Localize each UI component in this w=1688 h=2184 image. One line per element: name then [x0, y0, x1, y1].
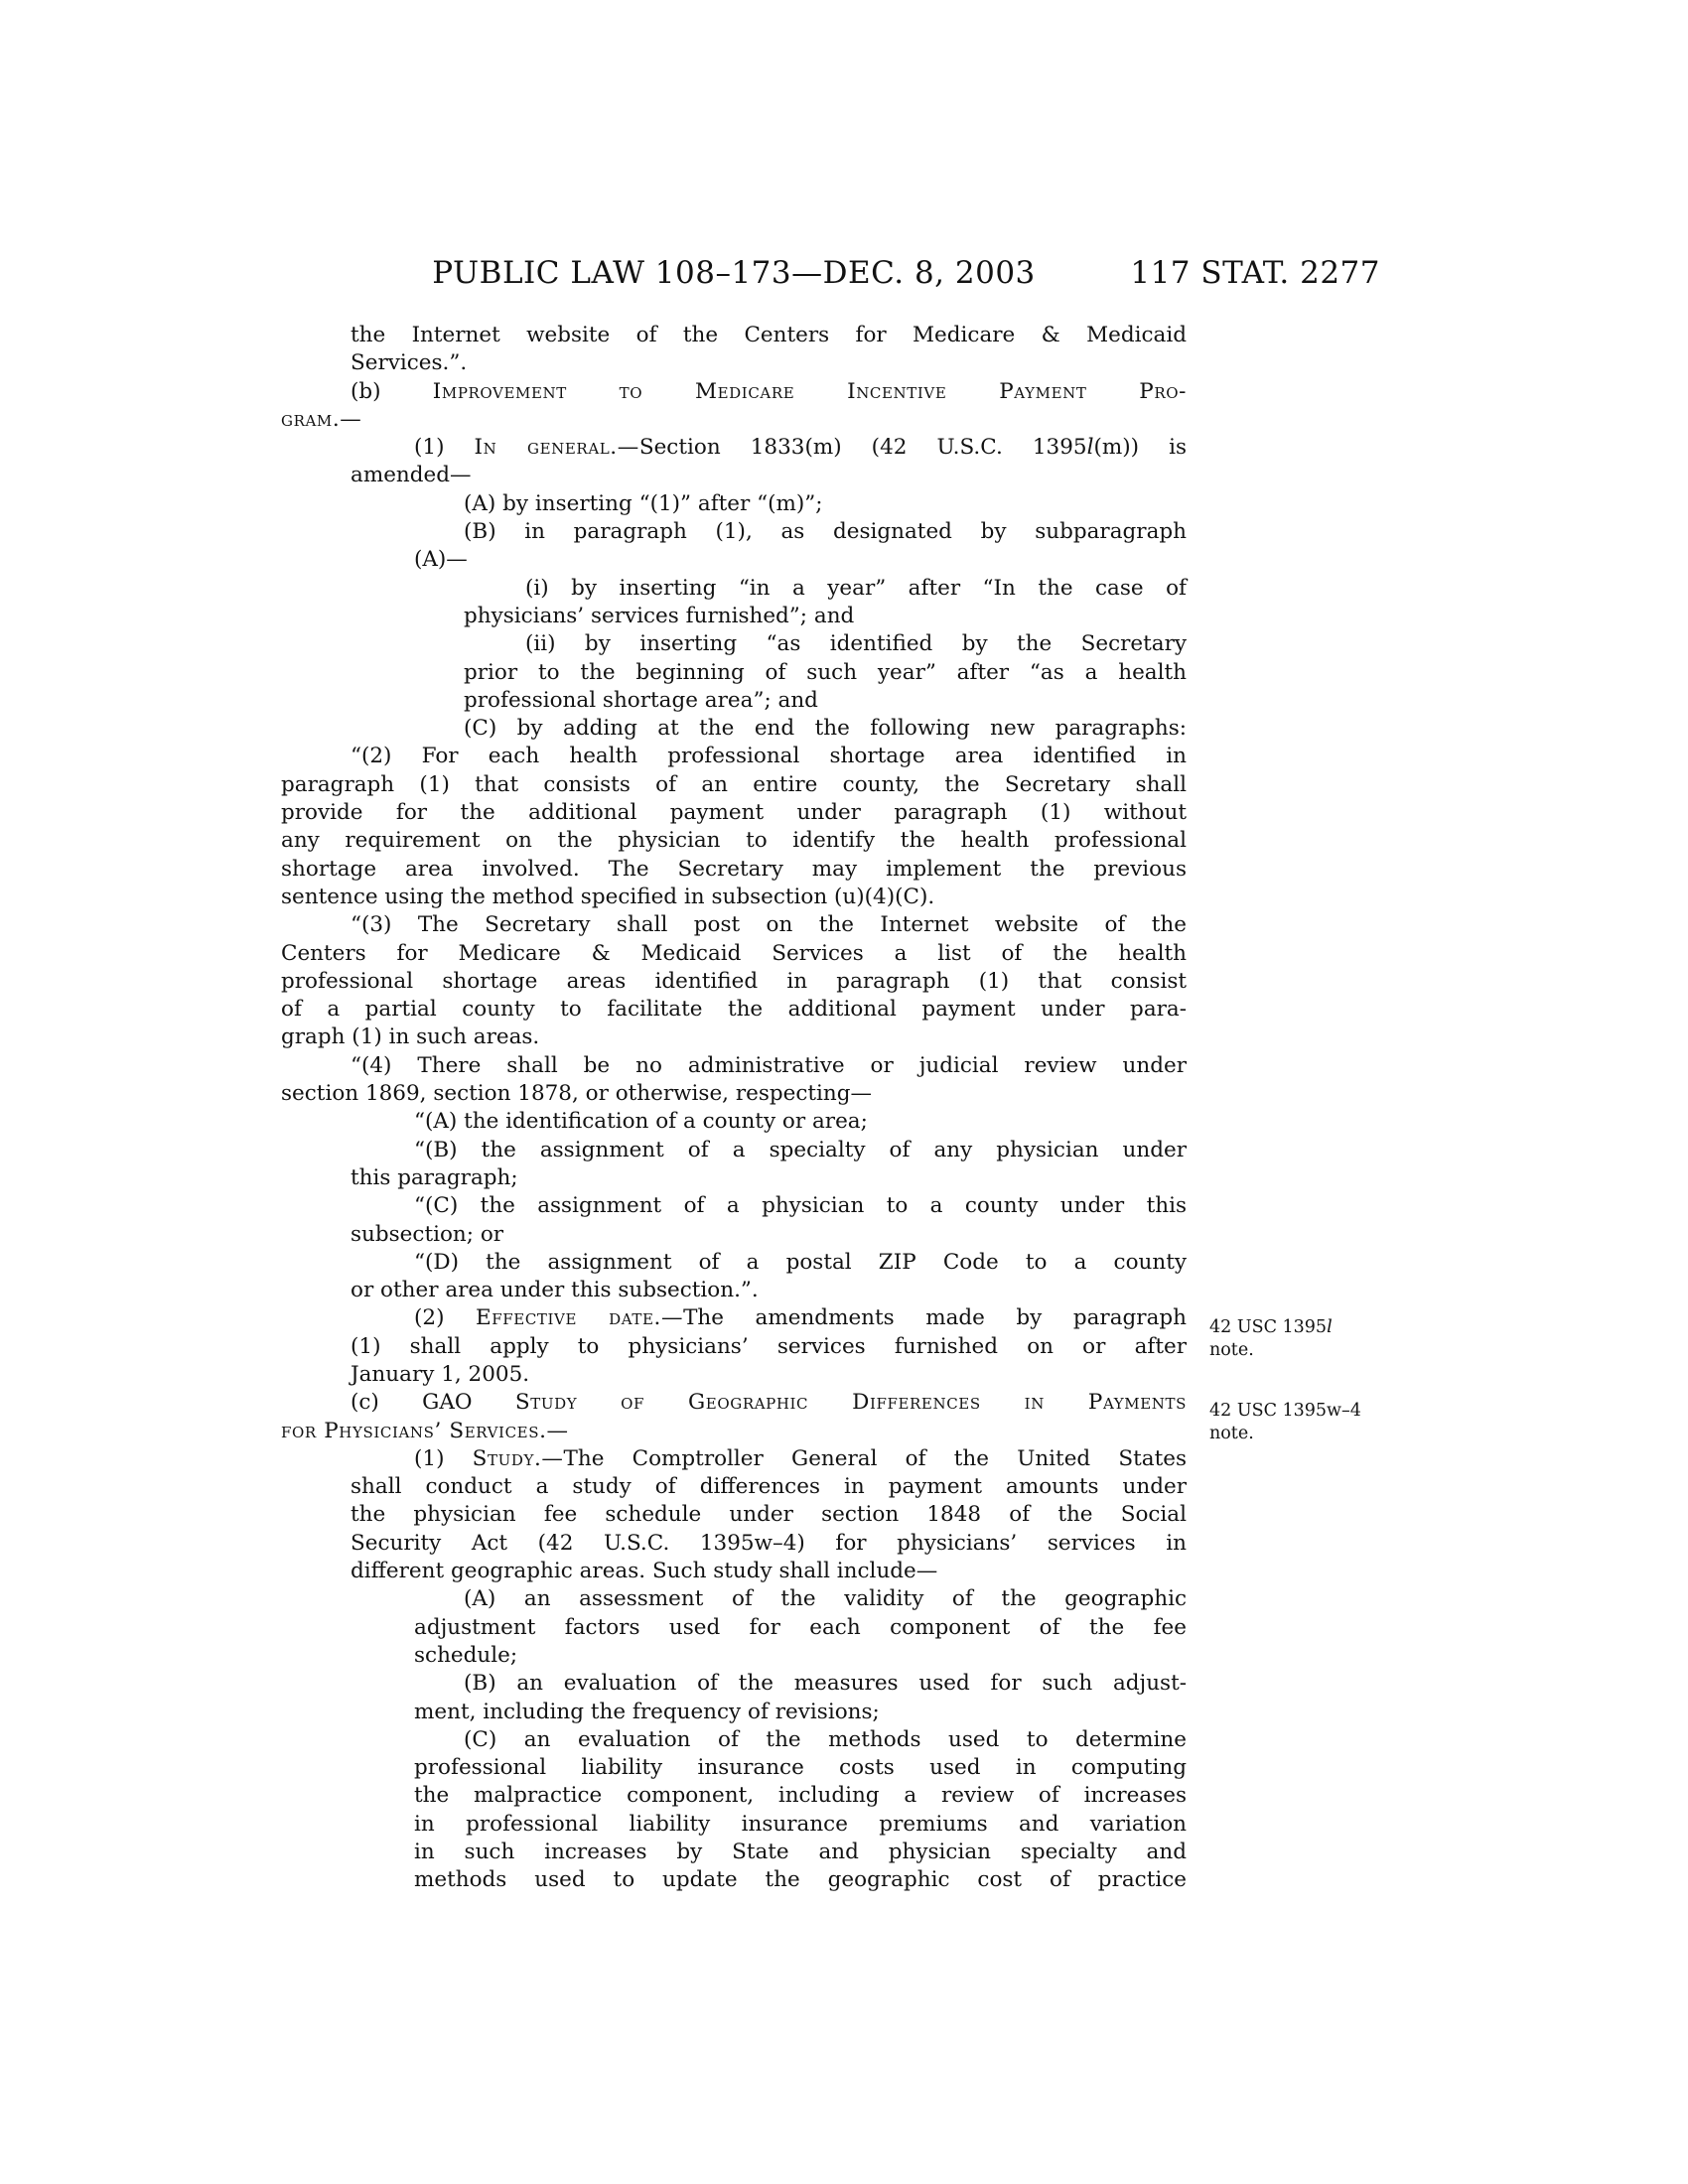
body-line: (A)—: [281, 546, 1187, 574]
body-line: shortage area involved. The Secretary ma…: [281, 856, 1187, 884]
body-text-run: (b): [351, 379, 433, 404]
small-caps-text: gram.—: [281, 407, 361, 432]
body-text-run: 42 USC 1395w–4: [1209, 1401, 1361, 1421]
body-text-run: note.: [1209, 1424, 1254, 1443]
body-text-run: “(C) the assignment of a physician to a …: [414, 1193, 1187, 1218]
body-line: graph (1) in such areas.: [281, 1024, 1187, 1051]
body-text-run: The amendments made by paragraph: [683, 1305, 1187, 1330]
body-text-run: the malpractice component, including a r…: [414, 1783, 1187, 1808]
margin-note-line: note.: [1209, 1339, 1388, 1362]
body-text-run: the Internet website of the Centers for …: [351, 323, 1187, 347]
body-text-run: note.: [1209, 1340, 1254, 1360]
body-line: (1) shall apply to physicians’ services …: [281, 1333, 1187, 1361]
statute-page: PUBLIC LAW 108–173—DEC. 8, 2003 117 STAT…: [0, 0, 1688, 2184]
body-line: of a partial county to facilitate the ad…: [281, 996, 1187, 1024]
body-text-run: methods used to update the geographic co…: [414, 1867, 1187, 1892]
body-text-run: amended—: [351, 463, 472, 487]
body-text-run: (1): [414, 435, 475, 460]
body-text-run: “(B) the assignment of a specialty of an…: [414, 1138, 1187, 1162]
body-line: gram.—: [281, 406, 1187, 434]
body-line: professional shortage areas identified i…: [281, 968, 1187, 996]
body-text-run: (1): [414, 1446, 473, 1471]
body-text-run: physicians’ services furnished”; and: [464, 604, 854, 628]
body-text-run: “(A) the identification of a county or a…: [414, 1109, 868, 1134]
margin-note: 42 USC 1395lnote.: [1209, 1316, 1388, 1362]
body-text-run: Services.”.: [351, 350, 467, 375]
body-text-run: paragraph (1) that consists of an entire…: [281, 772, 1187, 797]
body-line: amended—: [281, 462, 1187, 489]
body-line: methods used to update the geographic co…: [281, 1866, 1187, 1894]
body-line: ment, including the frequency of revisio…: [281, 1699, 1187, 1726]
body-line: “(3) The Secretary shall post on the Int…: [281, 911, 1187, 939]
body-line: paragraph (1) that consists of an entire…: [281, 771, 1187, 799]
body-line: Security Act (42 U.S.C. 1395w–4) for phy…: [281, 1530, 1187, 1558]
body-text-run: provide for the additional payment under…: [281, 800, 1187, 825]
small-caps-text: In general.—: [475, 435, 639, 460]
body-line: adjustment factors used for each compone…: [281, 1614, 1187, 1642]
body-line: “(A) the identification of a county or a…: [281, 1108, 1187, 1136]
body-line: (ii) by inserting “as identified by the …: [281, 630, 1187, 658]
body-line: (A) an assessment of the validity of the…: [281, 1585, 1187, 1613]
body-text-run: (B) an evaluation of the measures used f…: [464, 1671, 1187, 1696]
body-line: January 1, 2005.: [281, 1361, 1187, 1389]
body-text-run: 42 USC 1395: [1209, 1317, 1327, 1337]
header-law-citation: PUBLIC LAW 108–173—DEC. 8, 2003: [281, 255, 1187, 291]
body-line: for Physicians’ Services.—: [281, 1418, 1187, 1445]
body-text-run: of a partial county to facilitate the ad…: [281, 997, 1187, 1022]
body-line: “(4) There shall be no administrative or…: [281, 1052, 1187, 1080]
body-text-run: Section 1833(m) (42 U.S.C. 1395: [639, 435, 1087, 460]
small-caps-text: Study.—: [473, 1446, 564, 1471]
body-text-run: “(2) For each health professional shorta…: [351, 744, 1187, 768]
body-line: professional shortage area”; and: [281, 687, 1187, 715]
body-line: in professional liability insurance prem…: [281, 1811, 1187, 1839]
body-text-run: shortage area involved. The Secretary ma…: [281, 857, 1187, 882]
body-text-run: in such increases by State and physician…: [414, 1840, 1187, 1864]
body-line: any requirement on the physician to iden…: [281, 827, 1187, 855]
body-text-run: shall conduct a study of differences in …: [351, 1474, 1187, 1499]
body-line: schedule;: [281, 1642, 1187, 1670]
body-line: “(C) the assignment of a physician to a …: [281, 1192, 1187, 1220]
body-line: (b) Improvement to Medicare Incentive Pa…: [281, 378, 1187, 406]
body-text-run: in professional liability insurance prem…: [414, 1812, 1187, 1837]
body-text-run: sentence using the method specified in s…: [281, 885, 934, 909]
body-text-run: (i) by inserting “in a year” after “In t…: [525, 576, 1187, 601]
body-text-run: schedule;: [414, 1643, 517, 1668]
body-line: the malpractice component, including a r…: [281, 1782, 1187, 1810]
body-text-run: section 1869, section 1878, or otherwise…: [281, 1081, 872, 1106]
body-line: (C) an evaluation of the methods used to…: [281, 1726, 1187, 1754]
body-text-run: professional shortage areas identified i…: [281, 969, 1187, 994]
body-line: prior to the beginning of such year” aft…: [281, 659, 1187, 687]
body-text-run: ment, including the frequency of revisio…: [414, 1700, 880, 1724]
margin-note: 42 USC 1395w–4note.: [1209, 1400, 1388, 1445]
body-text-run: graph (1) in such areas.: [281, 1024, 539, 1049]
body-text-run: Security Act (42 U.S.C. 1395w–4) for phy…: [351, 1531, 1187, 1556]
body-line: this paragraph;: [281, 1164, 1187, 1192]
body-line: physicians’ services furnished”; and: [281, 603, 1187, 630]
body-line: Services.”.: [281, 349, 1187, 377]
body-text-run: (1) shall apply to physicians’ services …: [351, 1334, 1187, 1359]
body-line: Centers for Medicare & Medicaid Services…: [281, 940, 1187, 968]
body-text-run: professional shortage area”; and: [464, 688, 818, 713]
small-caps-text: Study of Geographic Differences in Payme…: [515, 1390, 1187, 1415]
body-line: section 1869, section 1878, or otherwise…: [281, 1080, 1187, 1108]
header-stat-page-number: 117 STAT. 2277: [1092, 255, 1380, 291]
small-caps-text: Improvement to Medicare Incentive Paymen…: [433, 379, 1187, 404]
margin-note-line: 42 USC 1395l: [1209, 1316, 1388, 1339]
body-text-run: January 1, 2005.: [351, 1362, 529, 1387]
body-text-run: (m)) is: [1093, 435, 1187, 460]
body-line: (1) Study.—The Comptroller General of th…: [281, 1445, 1187, 1473]
body-text-run: “(4) There shall be no administrative or…: [351, 1053, 1187, 1078]
body-text-run: this paragraph;: [351, 1165, 518, 1190]
body-text-run: adjustment factors used for each compone…: [414, 1615, 1187, 1640]
small-caps-text: for Physicians’ Services.—: [281, 1419, 569, 1443]
body-text-run: (A)—: [414, 547, 468, 572]
body-text-run: prior to the beginning of such year” aft…: [464, 660, 1187, 685]
small-caps-text: Effective date.—: [476, 1305, 683, 1330]
body-line: shall conduct a study of differences in …: [281, 1473, 1187, 1501]
body-text-run: (A) by inserting “(1)” after “(m)”;: [464, 491, 823, 516]
body-text-run: (C) an evaluation of the methods used to…: [464, 1727, 1187, 1752]
body-line: “(B) the assignment of a specialty of an…: [281, 1137, 1187, 1164]
margin-note-line: note.: [1209, 1423, 1388, 1445]
body-text-run: or other area under this subsection.”.: [351, 1278, 759, 1302]
body-line: or other area under this subsection.”.: [281, 1277, 1187, 1304]
body-line: subsection; or: [281, 1221, 1187, 1249]
margin-note-line: 42 USC 1395w–4: [1209, 1400, 1388, 1423]
body-line: (1) In general.—Section 1833(m) (42 U.S.…: [281, 434, 1187, 462]
body-line: (B) in paragraph (1), as designated by s…: [281, 518, 1187, 546]
body-text-run: professional liability insurance costs u…: [414, 1755, 1187, 1780]
body-line: provide for the additional payment under…: [281, 799, 1187, 827]
body-line: different geographic areas. Such study s…: [281, 1558, 1187, 1585]
body-text-run: (B) in paragraph (1), as designated by s…: [464, 519, 1187, 544]
body-line: (C) by adding at the end the following n…: [281, 715, 1187, 743]
italic-text: l: [1327, 1317, 1333, 1337]
body-line: in such increases by State and physician…: [281, 1839, 1187, 1866]
body-text-run: “(3) The Secretary shall post on the Int…: [351, 912, 1187, 937]
body-text-run: subsection; or: [351, 1222, 503, 1247]
body-text-run: the physician fee schedule under section…: [351, 1502, 1187, 1527]
body-line: (A) by inserting “(1)” after “(m)”;: [281, 490, 1187, 518]
body-text-run: (2): [414, 1305, 476, 1330]
body-text-run: any requirement on the physician to iden…: [281, 828, 1187, 853]
body-line: “(D) the assignment of a postal ZIP Code…: [281, 1249, 1187, 1277]
body-text-run: (A) an assessment of the validity of the…: [464, 1586, 1187, 1611]
body-text-run: (ii) by inserting “as identified by the …: [525, 631, 1187, 656]
body-line: (2) Effective date.—The amendments made …: [281, 1304, 1187, 1332]
body-text-run: different geographic areas. Such study s…: [351, 1559, 937, 1583]
body-line: (c) GAO Study of Geographic Differences …: [281, 1389, 1187, 1417]
body-line: sentence using the method specified in s…: [281, 884, 1187, 911]
body-text-run: “(D) the assignment of a postal ZIP Code…: [414, 1250, 1187, 1275]
body-line: (B) an evaluation of the measures used f…: [281, 1670, 1187, 1698]
body-text-run: (c) GAO: [351, 1390, 515, 1415]
body-line: (i) by inserting “in a year” after “In t…: [281, 575, 1187, 603]
body-line: the physician fee schedule under section…: [281, 1501, 1187, 1529]
body-line: “(2) For each health professional shorta…: [281, 743, 1187, 770]
body-line: the Internet website of the Centers for …: [281, 322, 1187, 349]
body-text-run: Centers for Medicare & Medicaid Services…: [281, 941, 1187, 966]
body-line: professional liability insurance costs u…: [281, 1754, 1187, 1782]
statute-body-text: the Internet website of the Centers for …: [281, 322, 1187, 1895]
body-text-run: The Comptroller General of the United St…: [564, 1446, 1187, 1471]
body-text-run: (C) by adding at the end the following n…: [464, 716, 1187, 741]
